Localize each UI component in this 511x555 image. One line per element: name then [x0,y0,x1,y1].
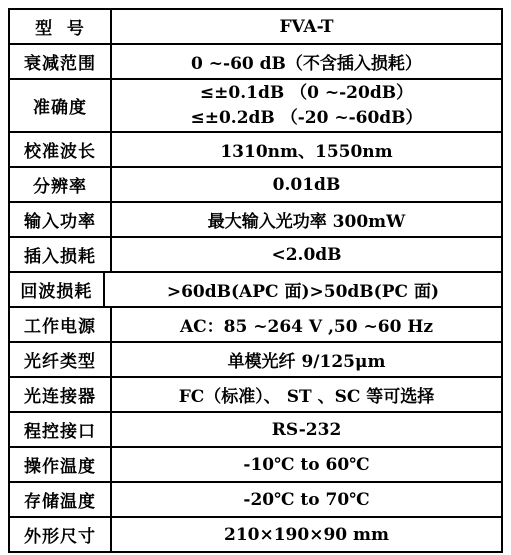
spec-label-optical-connector: 光连接器 [10,378,112,411]
spec-row-input-power: 输入功率 最大输入光功率 300mW [10,203,501,238]
spec-value-optical-connector: FC（标准）、 ST 、SC 等可选择 [112,378,501,411]
spec-row-return-loss: 回波损耗 >60dB(APC 面) >50dB(PC 面) [10,273,501,308]
spec-value-dimensions: 210×190×90 mm [112,518,501,551]
spec-label-dimensions: 外形尺寸 [10,518,112,551]
return-loss-apc: >60dB(APC 面) [167,277,310,302]
spec-label-remote-interface: 程控接口 [10,413,112,446]
spec-label-accuracy: 准确度 [10,80,112,131]
spec-row-calibration-wavelength: 校准波长 1310nm、1550nm [10,133,501,168]
spec-value-storage-temperature: -20℃ to 70℃ [112,483,501,516]
spec-label-attenuation-range: 衰减范围 [10,45,112,78]
spec-row-resolution: 分辨率 0.01dB [10,168,501,203]
spec-label-resolution: 分辨率 [10,168,112,201]
spec-value-insertion-loss: <2.0dB [112,238,501,271]
spec-row-fiber-type: 光纤类型 单模光纤 9/125μm [10,343,501,378]
spec-value-remote-interface: RS-232 [112,413,501,446]
spec-value-resolution: 0.01dB [112,168,501,201]
spec-value-attenuation-range: 0 ~-60 dB（不含插入损耗） [112,45,501,78]
spec-row-attenuation-range: 衰减范围 0 ~-60 dB（不含插入损耗） [10,45,501,80]
spec-value-power-supply: AC：85 ~264 V ,50 ~60 Hz [112,308,501,341]
spec-row-power-supply: 工作电源 AC：85 ~264 V ,50 ~60 Hz [10,308,501,343]
accuracy-line-2: ≤±0.2dB （-20 ~-60dB） [190,108,422,128]
spec-row-operating-temperature: 操作温度 -10℃ to 60℃ [10,448,501,483]
spec-row-dimensions: 外形尺寸 210×190×90 mm [10,518,501,551]
spec-label-operating-temperature: 操作温度 [10,448,112,481]
spec-value-fiber-type: 单模光纤 9/125μm [112,343,501,376]
spec-label-power-supply: 工作电源 [10,308,112,341]
spec-row-accuracy: 准确度 ≤±0.1dB （0 ~-20dB） ≤±0.2dB （-20 ~-60… [10,80,501,133]
spec-value-model: FVA-T [112,10,501,43]
spec-value-input-power: 最大输入光功率 300mW [112,203,501,236]
spec-value-return-loss: >60dB(APC 面) >50dB(PC 面) [105,273,501,306]
spec-table: 型 号 FVA-T 衰减范围 0 ~-60 dB（不含插入损耗） 准确度 ≤±0… [8,8,503,553]
spec-label-storage-temperature: 存储温度 [10,483,112,516]
spec-row-storage-temperature: 存储温度 -20℃ to 70℃ [10,483,501,518]
spec-value-accuracy: ≤±0.1dB （0 ~-20dB） ≤±0.2dB （-20 ~-60dB） [112,80,501,131]
spec-row-model: 型 号 FVA-T [10,10,501,45]
spec-row-remote-interface: 程控接口 RS-232 [10,413,501,448]
spec-value-operating-temperature: -10℃ to 60℃ [112,448,501,481]
spec-label-return-loss: 回波损耗 [10,273,105,306]
spec-label-insertion-loss: 插入损耗 [10,238,112,271]
spec-label-fiber-type: 光纤类型 [10,343,112,376]
spec-row-insertion-loss: 插入损耗 <2.0dB [10,238,501,273]
spec-row-optical-connector: 光连接器 FC（标准）、 ST 、SC 等可选择 [10,378,501,413]
spec-label-calibration-wavelength: 校准波长 [10,133,112,166]
accuracy-line-1: ≤±0.1dB （0 ~-20dB） [200,83,413,103]
spec-label-input-power: 输入功率 [10,203,112,236]
spec-label-model: 型 号 [10,10,112,43]
return-loss-pc: >50dB(PC 面) [310,277,439,302]
spec-value-calibration-wavelength: 1310nm、1550nm [112,133,501,166]
